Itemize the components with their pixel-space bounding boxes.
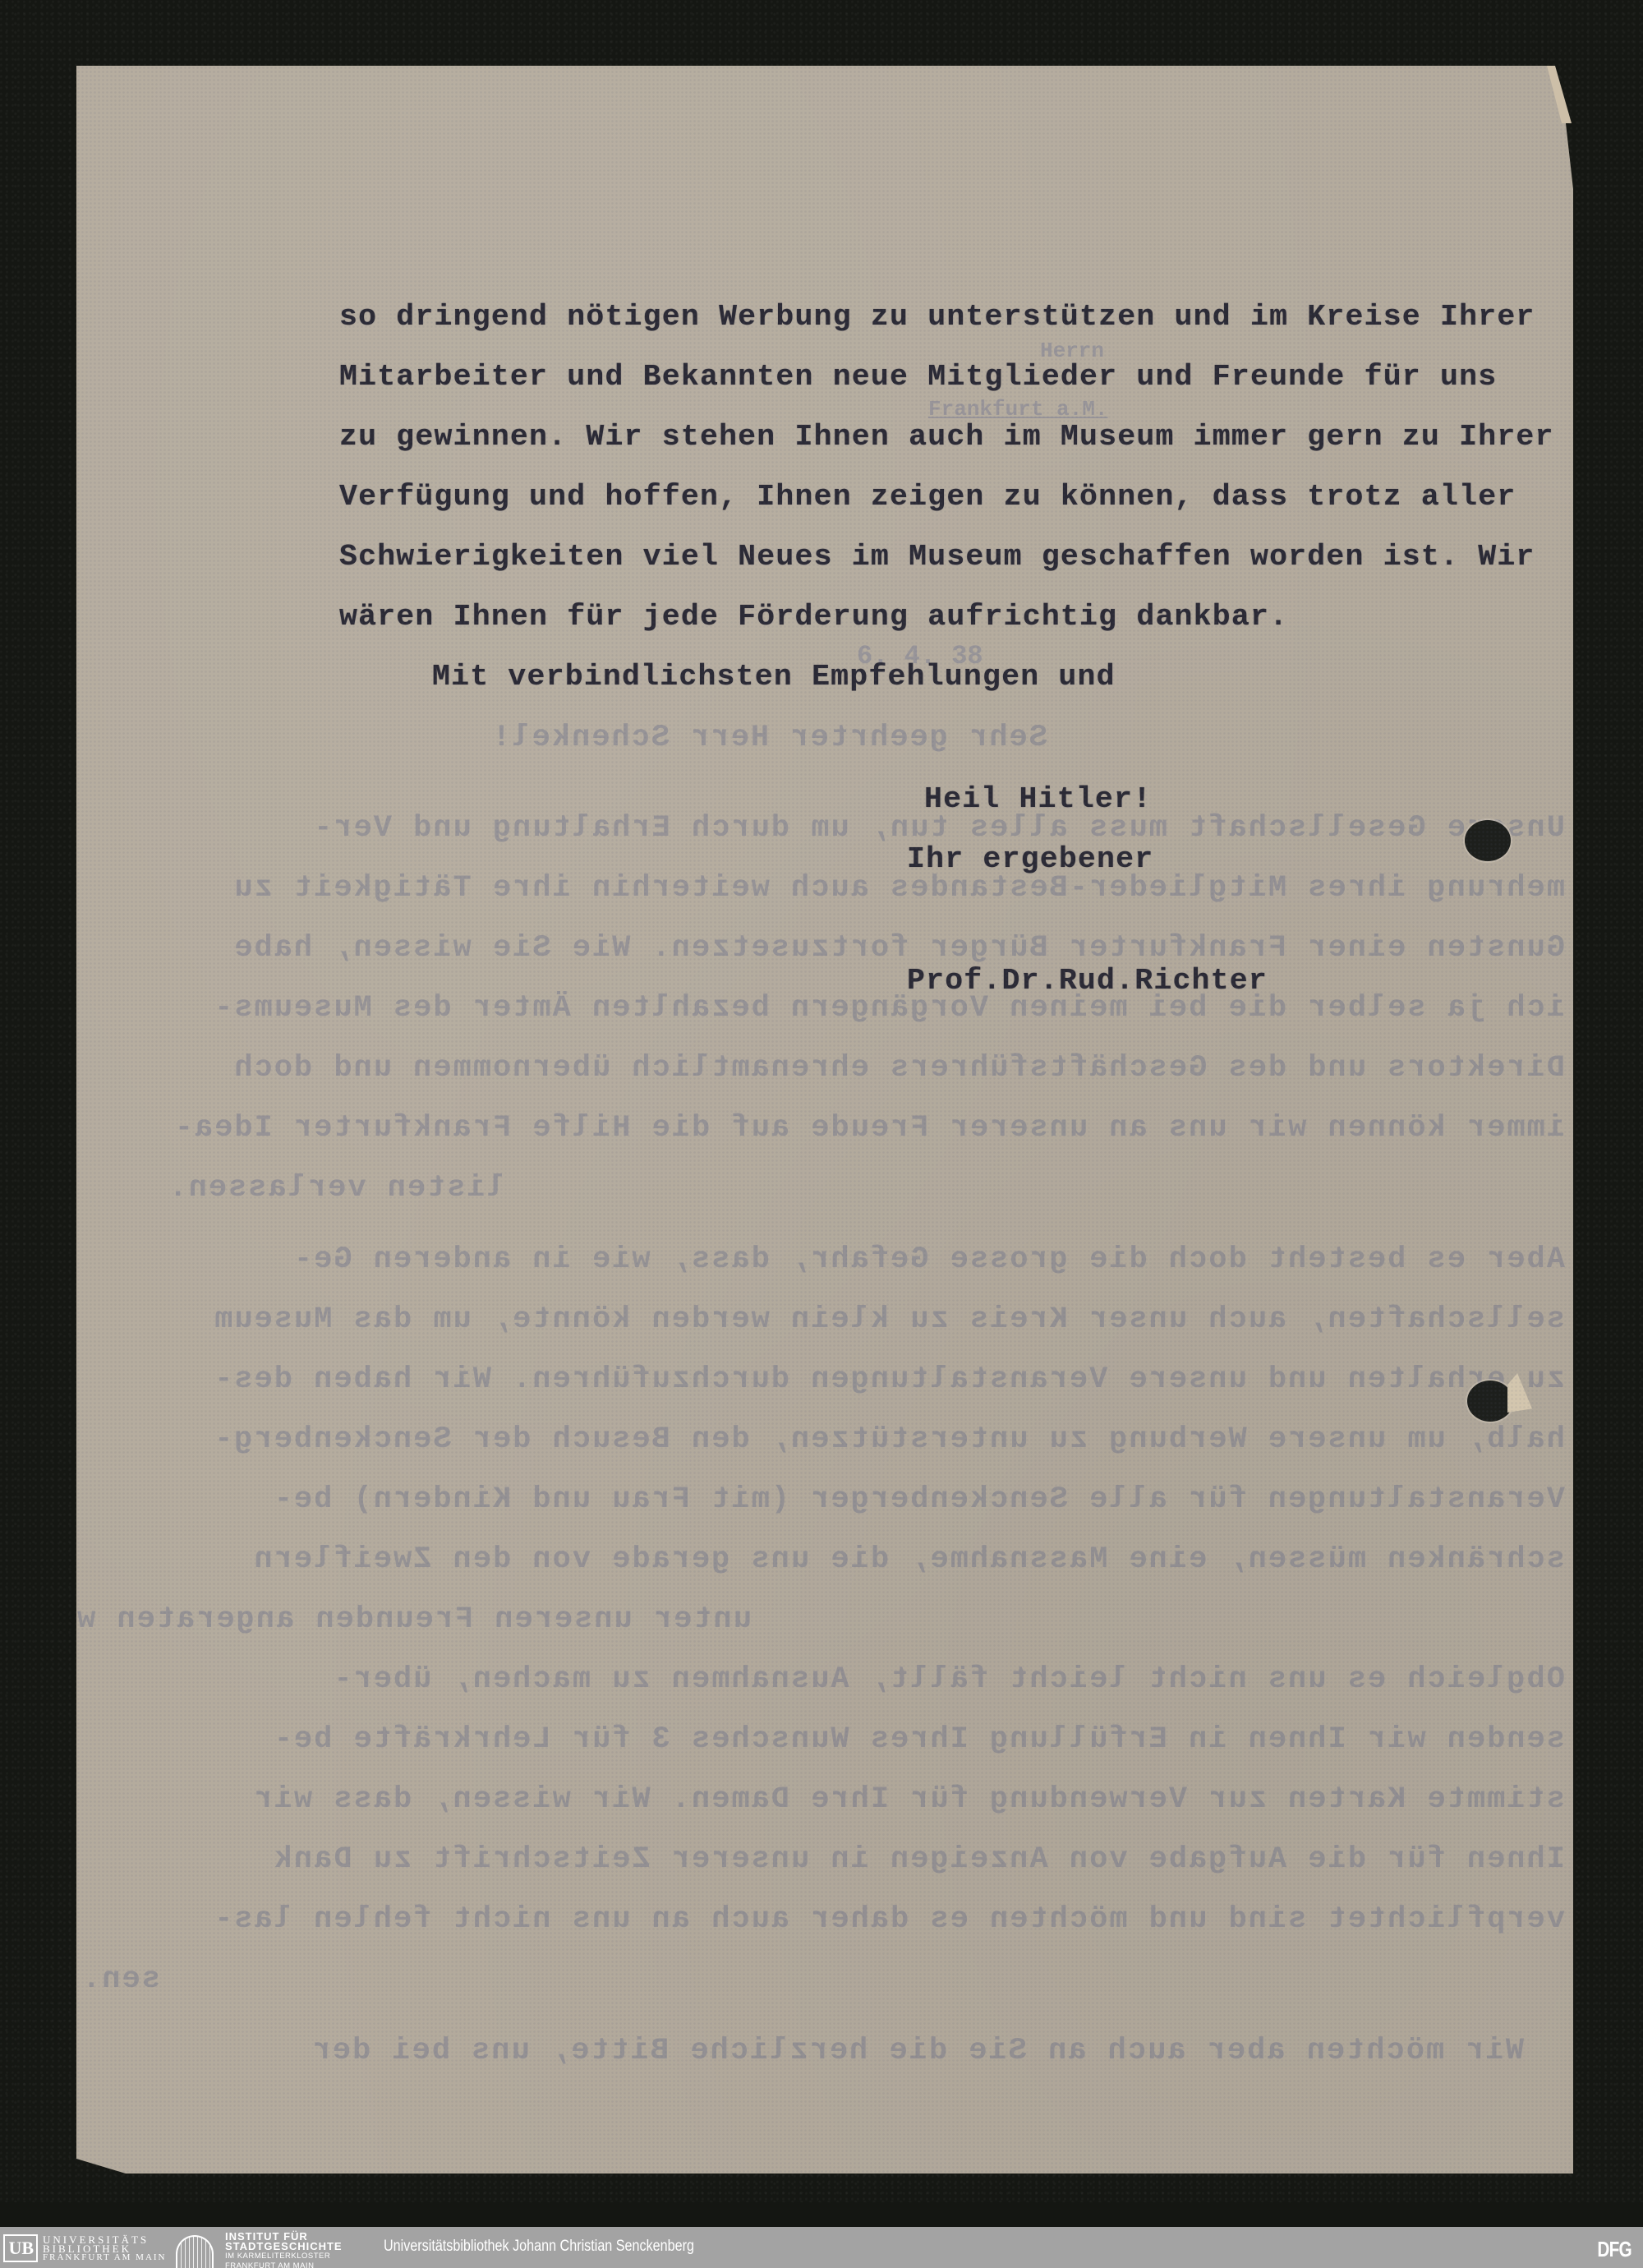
- document-page: Sehr geehrter Herr Schenkel! Unsere Gese…: [76, 66, 1573, 2173]
- ub-logo[interactable]: UB UNIVERSITÄTS BIBLIOTHEK FRANKFURT AM …: [3, 2233, 167, 2263]
- punch-hole: [1467, 1381, 1513, 1422]
- closing-line: Mit verbindlichsten Empfehlungen und: [432, 660, 1116, 694]
- regards: Ihr ergebener: [907, 842, 1153, 876]
- body-line: wären Ihnen für jede Förderung aufrichti…: [339, 600, 1288, 634]
- ub-logo-mark: UB: [3, 2234, 38, 2262]
- punch-hole: [1465, 820, 1511, 861]
- provider-name: Universitätsbibliothek Johann Christian …: [384, 2238, 694, 2256]
- body-line: Mitarbeiter und Bekannten neue Mitgliede…: [339, 360, 1497, 394]
- arch-icon: [176, 2235, 214, 2268]
- body-line: Verfügung und hoffen, Ihnen zeigen zu kö…: [339, 480, 1516, 514]
- body-line: Schwierigkeiten viel Neues im Museum ges…: [339, 540, 1535, 574]
- address-stamp-line2: Frankfurt a.M.: [928, 397, 1107, 422]
- body-line: zu gewinnen. Wir stehen Ihnen auch im Mu…: [339, 420, 1554, 454]
- isg-logo[interactable]: INSTITUT FÜR STADTGESCHICHTE IM KARMELIT…: [176, 2232, 343, 2268]
- footer-bar: UB UNIVERSITÄTS BIBLIOTHEK FRANKFURT AM …: [0, 2227, 1643, 2268]
- body-line: so dringend nötigen Werbung zu unterstüt…: [339, 300, 1535, 334]
- torn-paper-flap: [1507, 1373, 1532, 1413]
- signature: Prof.Dr.Rud.Richter: [907, 964, 1268, 998]
- salutation: Heil Hitler!: [924, 782, 1152, 816]
- dfg-logo[interactable]: DFG: [1597, 2237, 1631, 2262]
